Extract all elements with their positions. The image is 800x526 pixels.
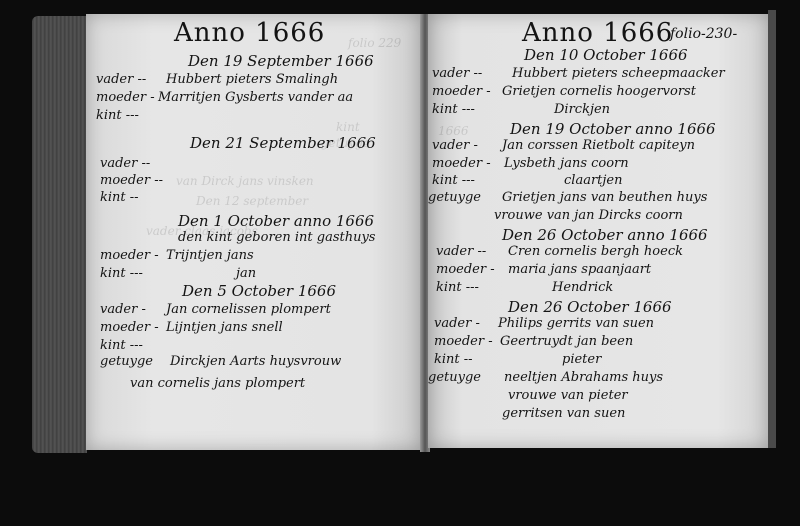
row-value: Jan cornelissen plompert xyxy=(166,302,331,317)
row-label-moeder: moeder - xyxy=(96,90,155,105)
row-label-moeder: moeder - xyxy=(434,334,493,349)
row-value: pieter xyxy=(562,352,601,367)
bleed-through-text: Den 12 september xyxy=(196,194,308,208)
row-label-kint: kint -- xyxy=(100,190,139,205)
bleed-through-text: kint xyxy=(336,120,360,134)
bleed-through-text: folio 229 xyxy=(348,36,401,50)
row-label-moeder: moeder - xyxy=(100,248,159,263)
row-label-getuyge: getuyge xyxy=(100,354,153,369)
row-value: Lysbeth jans coorn xyxy=(504,156,629,171)
row-label-kint: kint --- xyxy=(96,108,139,123)
row-value: gerritsen van suen xyxy=(502,406,625,421)
row-value: Trijntjen jans xyxy=(166,248,254,263)
row-value: Dirckjen xyxy=(554,102,610,117)
row-label-vader: vader -- xyxy=(96,72,146,87)
row-label-vader: vader - xyxy=(432,138,478,153)
row-value: Grietjen cornelis hoogervorst xyxy=(502,84,696,99)
entry-date: Den 1 October anno 1666 xyxy=(178,212,374,230)
row-value: vrouwe van pieter xyxy=(508,388,628,403)
row-value: Hubbert pieters scheepmaacker xyxy=(512,66,725,81)
row-label-moeder: moeder - xyxy=(432,84,491,99)
page-heading: Anno 1666 xyxy=(174,18,325,48)
page-heading: Anno 1666 xyxy=(522,18,673,48)
row-value: neeltjen Abrahams huys xyxy=(504,370,663,385)
row-value: jan xyxy=(236,266,256,281)
bleed-through-text: van Dirck jans vinsken xyxy=(176,174,314,188)
right-page: 1666 Anno 1666 folio-230- Den 10 October… xyxy=(428,14,768,448)
row-value: Dirckjen Aarts huysvrouw xyxy=(170,354,341,369)
row-label-vader: vader -- xyxy=(432,66,482,81)
entry-date: Den 26 October 1666 xyxy=(508,298,672,316)
entry-date: Den 10 October 1666 xyxy=(524,46,688,64)
row-label-vader: vader -- xyxy=(100,156,150,171)
row-label-moeder: moeder -- xyxy=(100,173,163,188)
entry-date: Den 19 September 1666 xyxy=(188,52,374,70)
entry-date: Den 19 October anno 1666 xyxy=(510,120,716,138)
entry-note: den kint geboren int gasthuys xyxy=(178,230,375,245)
row-label-kint: kint --- xyxy=(100,338,143,353)
left-page: folio 229 kint getuyge van Dirck jans vi… xyxy=(86,14,422,450)
row-label-kint: kint --- xyxy=(432,173,475,188)
entry-date: Den 21 September 1666 xyxy=(190,134,376,152)
row-value: Philips gerrits van suen xyxy=(498,316,654,331)
row-value: Cren cornelis bergh hoeck xyxy=(508,244,683,259)
row-value: Lijntjen jans snell xyxy=(166,320,283,335)
row-label-vader: vader - xyxy=(434,316,480,331)
entry-date: Den 5 October 1666 xyxy=(182,282,336,300)
row-label-moeder: moeder - xyxy=(432,156,491,171)
row-value: claartjen xyxy=(564,173,622,188)
row-value: Marritjen Gysberts vander aa xyxy=(158,90,353,105)
row-label-kint: kint --- xyxy=(432,102,475,117)
row-label-kint: kint -- xyxy=(434,352,473,367)
row-label-vader: vader -- xyxy=(436,244,486,259)
row-value: Hubbert pieters Smalingh xyxy=(166,72,338,87)
row-label-getuyge: getuyge xyxy=(428,190,481,205)
folio-number: folio-230- xyxy=(670,26,737,42)
entry-date: Den 26 October anno 1666 xyxy=(502,226,708,244)
row-label-moeder: moeder - xyxy=(100,320,159,335)
row-label-getuyge: getuyge xyxy=(428,370,481,385)
row-value: Grietjen jans van beuthen huys xyxy=(502,190,707,205)
row-label-moeder: moeder - xyxy=(436,262,495,277)
row-label-kint: kint --- xyxy=(100,266,143,281)
row-label-kint: kint --- xyxy=(436,280,479,295)
right-page-edge xyxy=(768,10,776,448)
row-value: vrouwe van jan Dircks coorn xyxy=(494,208,683,223)
row-value: Jan corssen Rietbolt capiteyn xyxy=(502,138,695,153)
book-page-edges xyxy=(32,16,87,453)
row-value: maria jans spaanjaart xyxy=(508,262,651,277)
row-label-vader: vader - xyxy=(100,302,146,317)
row-value: Hendrick xyxy=(552,280,613,295)
row-value: van cornelis jans plompert xyxy=(130,376,305,391)
row-value: Geertruydt jan been xyxy=(500,334,633,349)
bleed-through-text: 1666 xyxy=(438,124,469,138)
